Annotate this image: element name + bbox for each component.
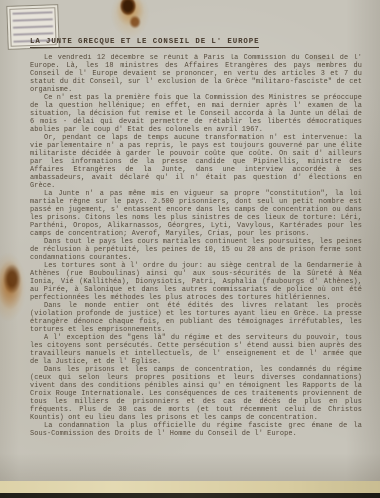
paragraph: Ce n' est pas la première fois que la Co… — [30, 94, 362, 134]
paragraph: Les tortures sont à l' ordre du jour: au… — [30, 262, 362, 302]
paragraph: A l' exception des "gens là" du régime e… — [30, 334, 362, 366]
paragraph: La Junte n' a pas même mis en vigueur sa… — [30, 190, 362, 238]
scanned-page: LA JUNTE GRECQUE ET LE CONSEIL DE L' EUR… — [0, 0, 380, 498]
paragraph: Dans les prisons et les camps de concent… — [30, 366, 362, 422]
scan-edge-dark — [0, 493, 380, 498]
burn-stain — [108, 0, 150, 38]
paragraph: Dans le monde entier ont été édités des … — [30, 302, 362, 334]
paragraph: Dans tout le pays les cours martiales co… — [30, 238, 362, 262]
document-body: Le vendredi 12 décembre se réunit à Pari… — [30, 54, 362, 438]
scan-edge-light — [0, 481, 380, 493]
document-title-text: LA JUNTE GRECQUE ET LE CONSEIL DE L' EUR… — [30, 38, 259, 48]
document-title: LA JUNTE GRECQUE ET LE CONSEIL DE L' EUR… — [30, 38, 360, 46]
paragraph: Le vendredi 12 décembre se réunit à Pari… — [30, 54, 362, 94]
paragraph: Or, pendant ce laps de temps aucune tran… — [30, 134, 362, 190]
paragraph: La condamnation la plus officielle du ré… — [30, 422, 362, 438]
